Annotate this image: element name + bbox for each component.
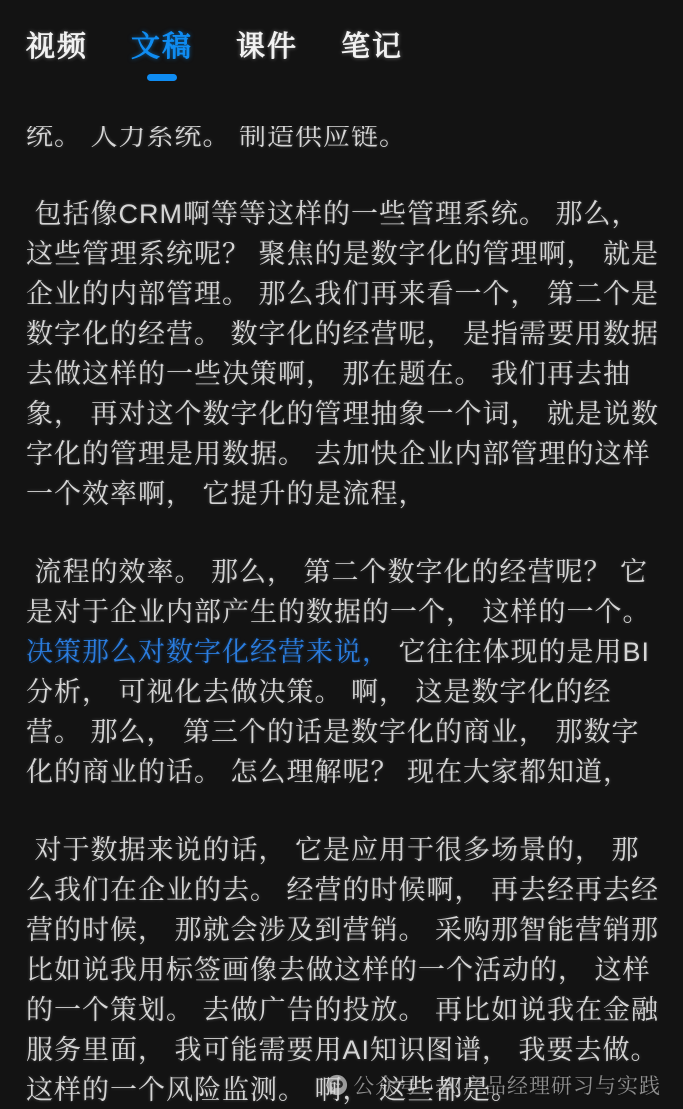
tab-courseware[interactable]: 课件	[236, 24, 298, 81]
transcript-panel[interactable]: 统。 人力系统。 制造供应链。 包括像CRM啊等等这样的一些管理系统。 那么， …	[0, 126, 683, 1109]
transcript-text-before-highlight: 流程的效率。 那么， 第二个数字化的经营呢？ 它是对于企业内部产生的数据的一个，…	[26, 557, 659, 627]
active-tab-indicator	[147, 74, 177, 81]
tab-video[interactable]: 视频	[26, 24, 88, 81]
tab-courseware-label: 课件	[236, 31, 298, 63]
transcript-paragraph-1: 包括像CRM啊等等这样的一些管理系统。 那么， 这些管理系统呢？ 聚焦的是数字化…	[26, 194, 663, 514]
transcript-paragraph-3: 对于数据来说的话， 它是应用于很多场景的， 那么我们在企业的去。 经营的时候啊，…	[26, 830, 663, 1109]
tab-bar: 视频 文稿 课件 笔记	[0, 0, 683, 112]
tab-notes[interactable]: 笔记	[341, 24, 403, 81]
tab-video-label: 视频	[26, 31, 88, 63]
tab-notes-label: 笔记	[341, 31, 403, 63]
transcript-highlight-current-sentence[interactable]: 决策那么对数字化经营来说，	[26, 637, 390, 667]
tab-transcript-label: 文稿	[131, 31, 193, 63]
tab-transcript[interactable]: 文稿	[131, 24, 193, 81]
transcript-paragraph-2: 流程的效率。 那么， 第二个数字化的经营呢？ 它是对于企业内部产生的数据的一个，…	[26, 552, 663, 792]
transcript-line-clipped: 统。 人力系统。 制造供应链。	[26, 126, 663, 156]
